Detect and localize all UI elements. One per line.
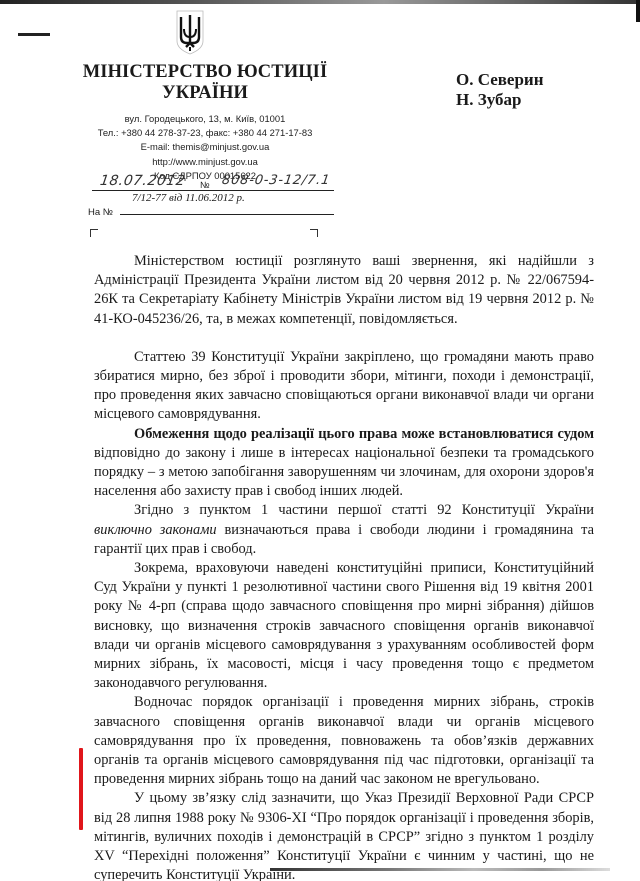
recipient-name: О. Северин xyxy=(456,70,544,90)
restriction-text: відповідно до закону і лише в інтересах … xyxy=(94,445,594,499)
ministry-website: http://www.minjust.gov.ua xyxy=(60,155,350,169)
paragraph-restrictions: Обмеження щодо реалізації цього права мо… xyxy=(94,425,594,502)
in-reply-to-label: На № xyxy=(88,207,113,218)
paragraph-not-regulated: Водночас порядок організації і проведенн… xyxy=(94,693,594,789)
ministry-name-line2: УКРАЇНИ xyxy=(60,83,350,104)
recipients-block: О. Северин Н. Зубар xyxy=(456,70,544,110)
ministry-email: E-mail: themis@minjust.gov.ua xyxy=(60,140,350,154)
in-reply-to-underline xyxy=(120,214,334,215)
scan-top-edge xyxy=(0,0,640,4)
red-highlight-bar xyxy=(79,748,83,830)
ministry-name-line1: МІНІСТЕРСТВО ЮСТИЦІЇ xyxy=(60,62,350,83)
letter-body: Міністерством юстиції розглянуто ваші зв… xyxy=(94,252,594,881)
ministry-phone: Тел.: +380 44 278-37-23, факс: +380 44 2… xyxy=(60,126,350,140)
outgoing-date: 18.07.2012 xyxy=(99,173,186,189)
ministry-address: вул. Городецького, 13, м. Київ, 01001 xyxy=(60,112,350,126)
number-label: № xyxy=(200,180,210,190)
address-corner-left xyxy=(90,229,98,237)
article-92-italic: виключно законами xyxy=(94,522,217,538)
article-92-lead: Згідно з пунктом 1 частини першої статті… xyxy=(134,502,594,518)
letterhead: МІНІСТЕРСТВО ЮСТИЦІЇ УКРАЇНИ вул. Городе… xyxy=(60,62,350,183)
scan-bottom-mark xyxy=(270,868,610,871)
reference-note: 7/12-77 від 11.06.2012 р. xyxy=(132,192,245,204)
handwritten-dash-mark xyxy=(18,33,50,36)
paragraph-article-92: Згідно з пунктом 1 частини першої статті… xyxy=(94,501,594,559)
recipient-name: Н. Зубар xyxy=(456,90,544,110)
trident-emblem-icon xyxy=(175,9,205,55)
restriction-bold-text: Обмеження щодо реалізації цього права мо… xyxy=(134,426,594,442)
paragraph-constitutional-court: Зокрема, враховуючи наведені конституцій… xyxy=(94,559,594,693)
paragraph-intro: Міністерством юстиції розглянуто ваші зв… xyxy=(94,252,594,329)
paragraph-article-39: Статтею 39 Конституції України закріплен… xyxy=(94,348,594,425)
address-corner-right xyxy=(310,229,318,237)
scan-right-edge xyxy=(636,0,640,22)
outgoing-number: 808-0-3-12/7.1 xyxy=(221,173,331,188)
